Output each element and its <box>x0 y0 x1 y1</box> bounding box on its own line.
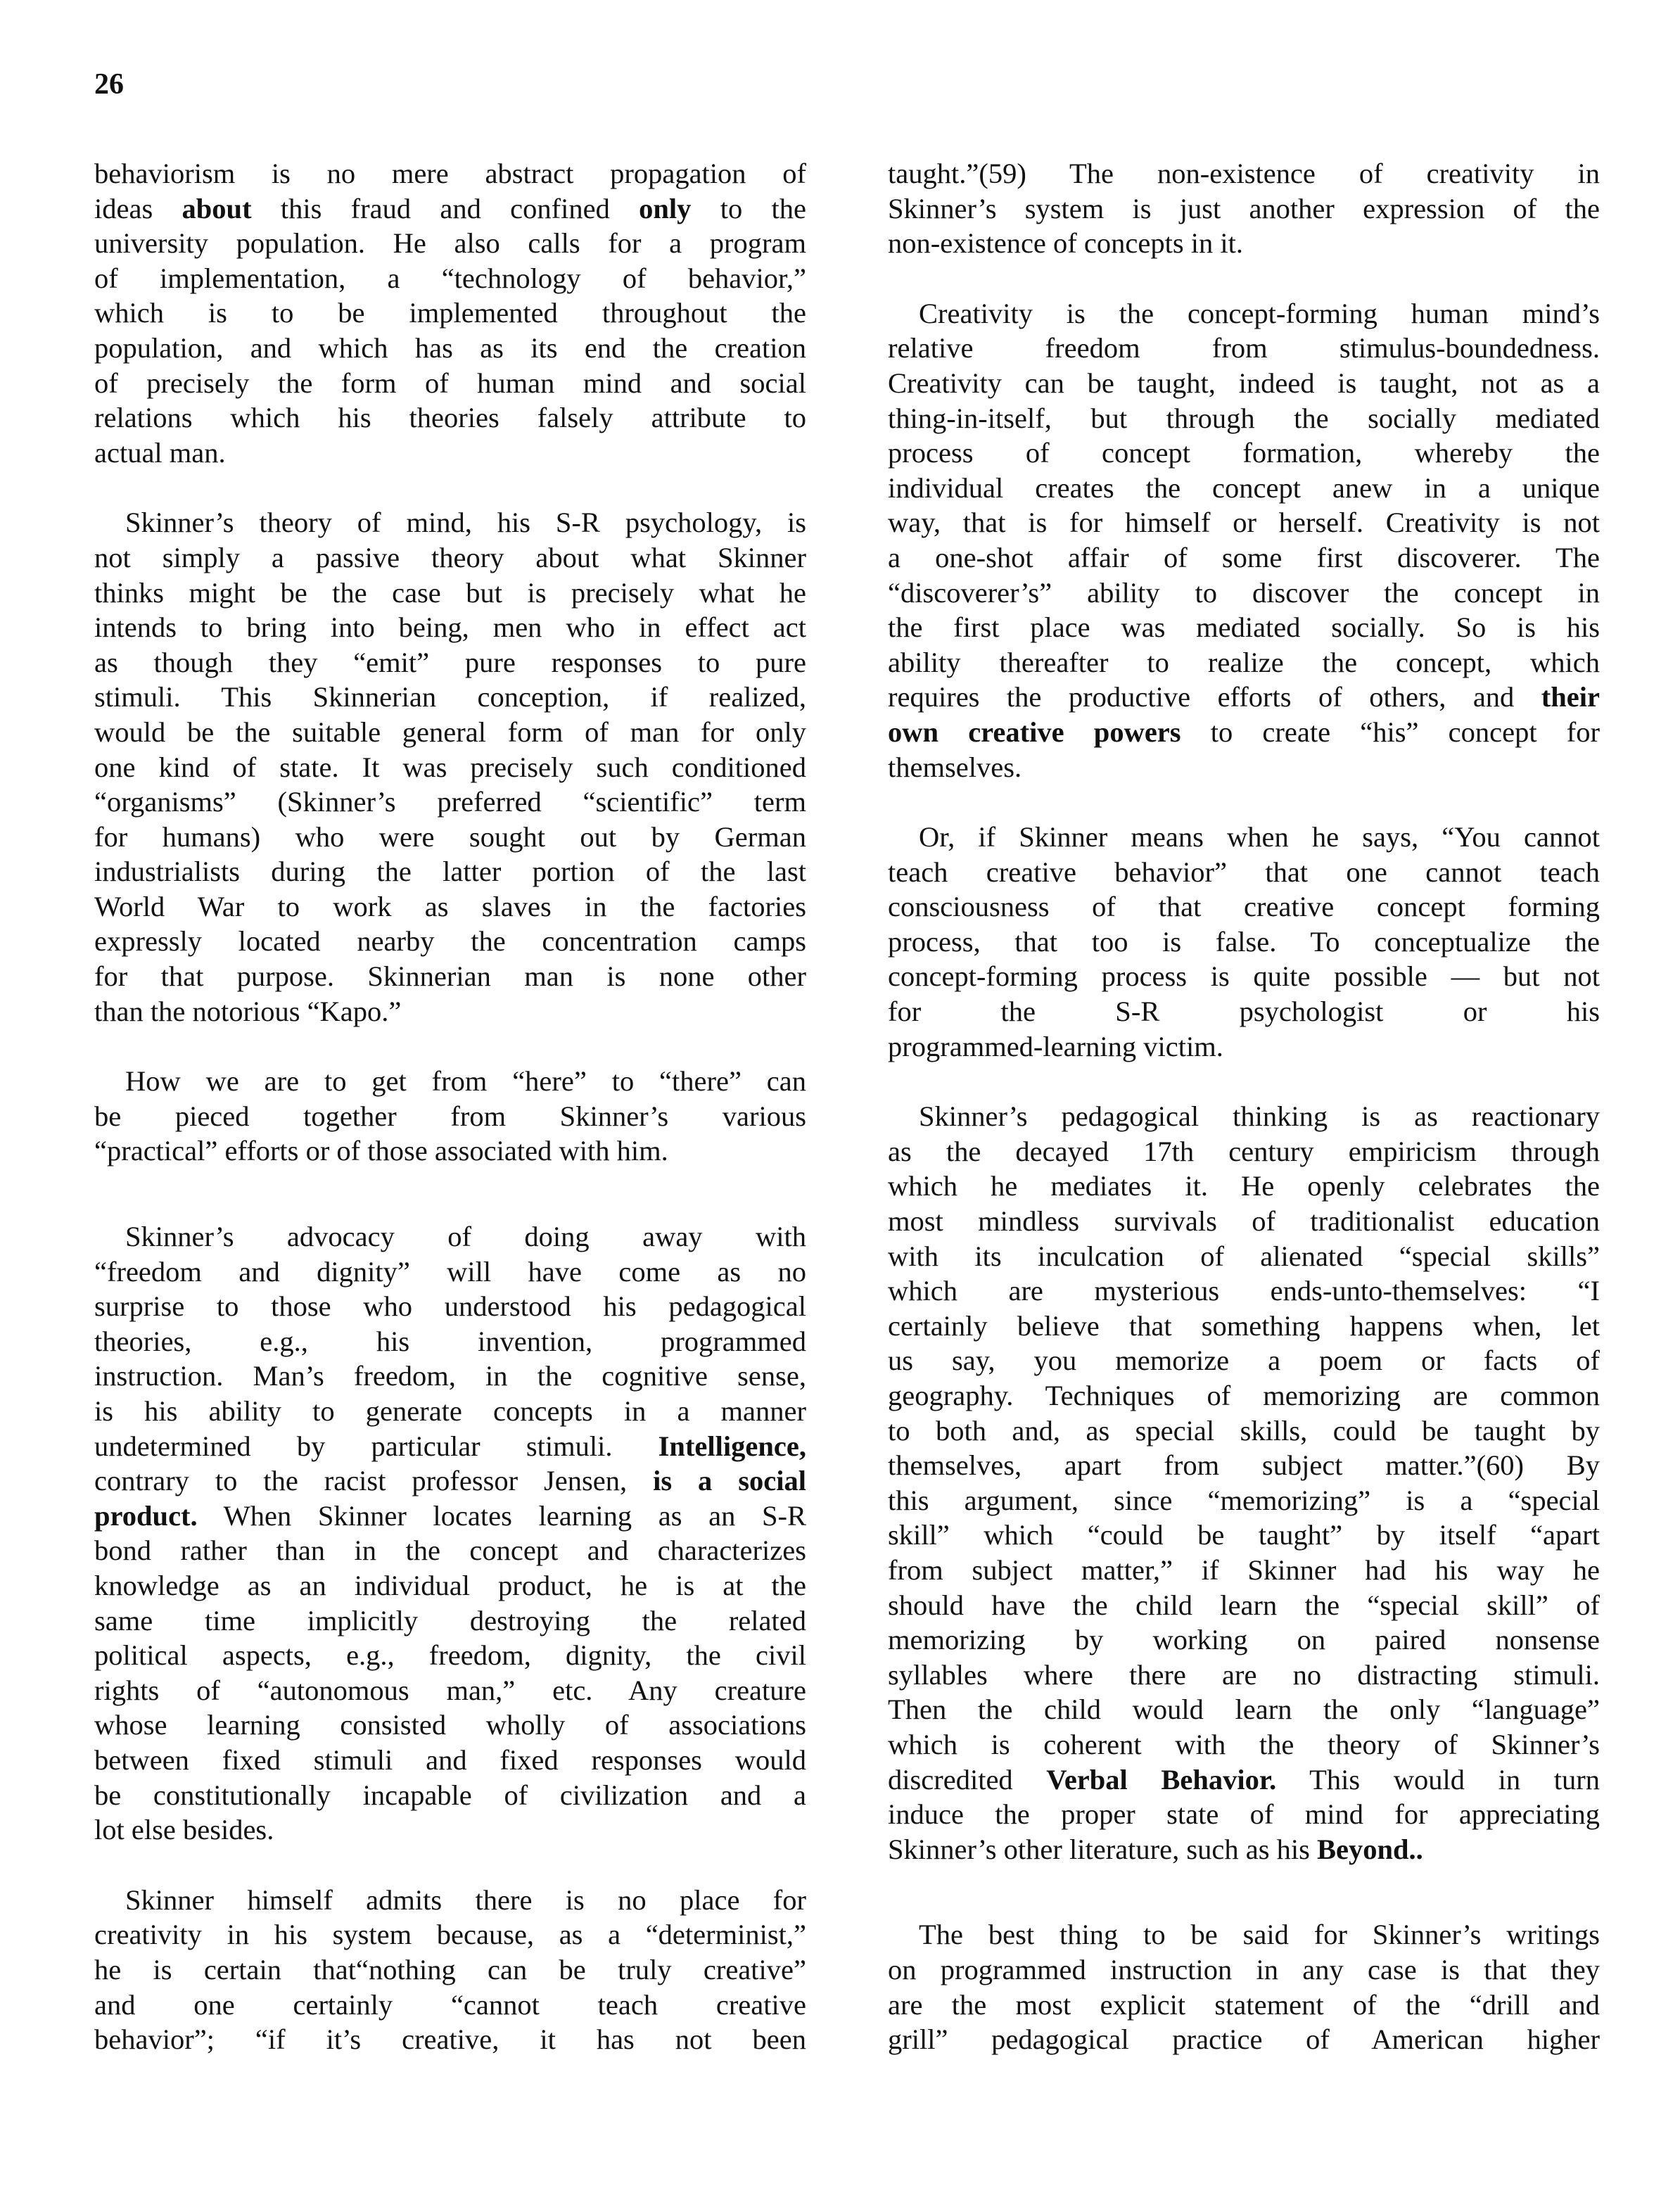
text-line: ideas about this fraud and confined only… <box>94 191 806 227</box>
text-line: industrialists during the latter portion… <box>94 854 806 889</box>
text-line: which is coherent with the theory of Ski… <box>888 1727 1600 1762</box>
text-line: contrary to the racist professor Jensen,… <box>94 1463 806 1499</box>
text-line: ability thereafter to realize the concep… <box>888 645 1600 680</box>
text-line: and one certainly “cannot teach creative <box>94 1988 806 2023</box>
paragraph-gap <box>94 470 806 505</box>
paragraph: Skinner himself admits there is no place… <box>94 1883 806 2057</box>
paragraph-gap <box>94 1029 806 1064</box>
bold-emphasis: their <box>1541 681 1600 713</box>
text-line: Or, if Skinner means when he says, “You … <box>888 820 1600 855</box>
text-line: The best thing to be said for Skinner’s … <box>888 1917 1600 1952</box>
text-line: a one-shot affair of some first discover… <box>888 540 1600 576</box>
text-line: not simply a passive theory about what S… <box>94 540 806 576</box>
paragraph-gap <box>94 1848 806 1883</box>
text-line: undetermined by particular stimuli. Inte… <box>94 1429 806 1464</box>
text-line: he is certain that“nothing can be truly … <box>94 1952 806 1988</box>
paragraph: How we are to get from “here” to “there”… <box>94 1064 806 1169</box>
text-line: bond rather than in the concept and char… <box>94 1533 806 1568</box>
text-line: themselves, apart from subject matter.”(… <box>888 1448 1600 1483</box>
text-line: theories, e.g., his invention, programme… <box>94 1324 806 1359</box>
text-line: creativity in his system because, as a “… <box>94 1917 806 1952</box>
text-line: is his ability to generate concepts in a… <box>94 1394 806 1429</box>
text-line: requires the productive efforts of other… <box>888 680 1600 715</box>
text-line: be constitutionally incapable of civiliz… <box>94 1778 806 1813</box>
text-line: with its inculcation of alienated “speci… <box>888 1239 1600 1274</box>
text-line: process, that too is false. To conceptua… <box>888 924 1600 960</box>
paragraph: The best thing to be said for Skinner’s … <box>888 1917 1600 2057</box>
text-line: programmed-learning victim. <box>888 1029 1600 1064</box>
text-line: skill” which “could be taught” by itself… <box>888 1518 1600 1553</box>
text-line: Creativity can be taught, indeed is taug… <box>888 366 1600 401</box>
text-line: geography. Techniques of memorizing are … <box>888 1378 1600 1413</box>
text-line: for humans) who were sought out by Germa… <box>94 820 806 855</box>
text-line: syllables where there are no distracting… <box>888 1658 1600 1693</box>
bold-emphasis: Beyond.. <box>1317 1833 1423 1865</box>
bold-emphasis: Intelligence, <box>658 1430 806 1462</box>
text-line: instruction. Man’s freedom, in the cogni… <box>94 1359 806 1394</box>
paragraph-gap <box>888 261 1600 296</box>
text-line: thinks might be the case but is precisel… <box>94 576 806 611</box>
text-line: World War to work as slaves in the facto… <box>94 889 806 924</box>
text-line: thing-in-itself, but through the sociall… <box>888 401 1600 436</box>
text-line: discredited Verbal Behavior. This would … <box>888 1762 1600 1798</box>
text-line: induce the proper state of mind for appr… <box>888 1797 1600 1832</box>
bold-emphasis: only <box>639 193 691 224</box>
text-line: from subject matter,” if Skinner had his… <box>888 1553 1600 1588</box>
text-line: expressly located nearby the concentrati… <box>94 924 806 959</box>
text-line: non-existence of concepts in it. <box>888 226 1600 261</box>
text-line: on programmed instruction in any case is… <box>888 1952 1600 1988</box>
text-line: whose learning consisted wholly of assoc… <box>94 1708 806 1743</box>
paragraph: Creativity is the concept-forming human … <box>888 296 1600 784</box>
text-line: Skinner’s other literature, such as his … <box>888 1832 1600 1867</box>
bold-emphasis: own creative powers <box>888 716 1181 748</box>
text-line: are the most explicit statement of the “… <box>888 1988 1600 2023</box>
text-line: for that purpose. Skinnerian man is none… <box>94 959 806 994</box>
text-line: relative freedom from stimulus-boundedne… <box>888 331 1600 366</box>
text-line: intends to bring into being, men who in … <box>94 610 806 645</box>
text-line: How we are to get from “here” to “there”… <box>94 1064 806 1099</box>
text-line: Skinner’s theory of mind, his S-R psycho… <box>94 505 806 540</box>
text-line: behavior”; “if it’s creative, it has not… <box>94 2022 806 2057</box>
text-line: this argument, since “memorizing” is a “… <box>888 1483 1600 1518</box>
text-line: be pieced together from Skinner’s variou… <box>94 1099 806 1134</box>
text-line: Skinner’s advocacy of doing away with <box>94 1219 806 1254</box>
text-line: between fixed stimuli and fixed response… <box>94 1743 806 1778</box>
text-line: of implementation, a “technology of beha… <box>94 261 806 296</box>
text-line: stimuli. This Skinnerian conception, if … <box>94 680 806 715</box>
text-line: which are mysterious ends-unto-themselve… <box>888 1273 1600 1309</box>
left-column: behaviorism is no mere abstract propagat… <box>94 156 806 2057</box>
text-line: taught.”(59) The non-existence of creati… <box>888 156 1600 191</box>
text-line: Then the child would learn the only “lan… <box>888 1692 1600 1727</box>
text-line: rights of “autonomous man,” etc. Any cre… <box>94 1673 806 1708</box>
text-line: memorizing by working on paired nonsense <box>888 1622 1600 1658</box>
text-line: individual creates the concept anew in a… <box>888 471 1600 506</box>
bold-emphasis: is a social <box>653 1465 806 1496</box>
text-line: as though they “emit” pure responses to … <box>94 645 806 680</box>
paragraph: behaviorism is no mere abstract propagat… <box>94 156 806 470</box>
text-line: the first place was mediated socially. S… <box>888 610 1600 645</box>
text-line: one kind of state. It was precisely such… <box>94 750 806 785</box>
paragraph-gap <box>888 784 1600 820</box>
text-line: relations which his theories falsely att… <box>94 400 806 436</box>
text-line: own creative powers to create “his” conc… <box>888 715 1600 750</box>
text-line: same time implicitly destroying the rela… <box>94 1603 806 1639</box>
text-line: lot else besides. <box>94 1812 806 1848</box>
text-line: certainly believe that something happens… <box>888 1309 1600 1344</box>
paragraph-gap <box>888 1867 1600 1917</box>
text-line: of precisely the form of human mind and … <box>94 366 806 401</box>
text-line: most mindless survivals of traditionalis… <box>888 1204 1600 1239</box>
text-line: university population. He also calls for… <box>94 226 806 261</box>
text-line: which he mediates it. He openly celebrat… <box>888 1169 1600 1204</box>
text-line: Skinner’s system is just another express… <box>888 191 1600 227</box>
paragraph: Skinner’s advocacy of doing away with“fr… <box>94 1219 806 1848</box>
paragraph: Or, if Skinner means when he says, “You … <box>888 820 1600 1064</box>
paragraph-gap <box>888 1064 1600 1099</box>
text-line: “discoverer’s” ability to discover the c… <box>888 576 1600 611</box>
paragraph: Skinner’s pedagogical thinking is as rea… <box>888 1099 1600 1867</box>
bold-emphasis: product. <box>94 1500 198 1532</box>
text-line: knowledge as an individual product, he i… <box>94 1568 806 1603</box>
text-line: than the notorious “Kapo.” <box>94 994 806 1029</box>
text-line: population, and which has as its end the… <box>94 331 806 366</box>
text-line: as the decayed 17th century empiricism t… <box>888 1134 1600 1169</box>
text-line: Skinner’s pedagogical thinking is as rea… <box>888 1099 1600 1134</box>
text-line: Skinner himself admits there is no place… <box>94 1883 806 1918</box>
text-line: process of concept formation, whereby th… <box>888 436 1600 471</box>
text-line: themselves. <box>888 750 1600 785</box>
paragraph: taught.”(59) The non-existence of creati… <box>888 156 1600 261</box>
text-line: concept-forming process is quite possibl… <box>888 959 1600 994</box>
text-line: Creativity is the concept-forming human … <box>888 296 1600 331</box>
text-line: way, that is for himself or herself. Cre… <box>888 505 1600 540</box>
text-line: product. When Skinner locates learning a… <box>94 1499 806 1534</box>
paragraph: Skinner’s theory of mind, his S-R psycho… <box>94 505 806 1029</box>
bold-emphasis: Verbal Behavior. <box>1046 1764 1276 1795</box>
text-line: surprise to those who understood his ped… <box>94 1289 806 1324</box>
bold-emphasis: about <box>182 193 252 224</box>
paragraph-gap <box>94 1169 806 1219</box>
text-line: “freedom and dignity” will have come as … <box>94 1254 806 1290</box>
text-line: us say, you memorize a poem or facts of <box>888 1343 1600 1378</box>
text-line: teach creative behavior” that one cannot… <box>888 855 1600 890</box>
text-line: for the S-R psychologist or his <box>888 994 1600 1029</box>
text-line: should have the child learn the “special… <box>888 1588 1600 1623</box>
text-line: actual man. <box>94 436 806 471</box>
text-line: grill” pedagogical practice of American … <box>888 2022 1600 2057</box>
text-line: behaviorism is no mere abstract propagat… <box>94 156 806 191</box>
text-line: “organisms” (Skinner’s preferred “scient… <box>94 784 806 820</box>
text-line: to both and, as special skills, could be… <box>888 1413 1600 1449</box>
text-line: which is to be implemented throughout th… <box>94 295 806 331</box>
text-line: would be the suitable general form of ma… <box>94 715 806 750</box>
text-line: “practical” efforts or of those associat… <box>94 1133 806 1169</box>
text-line: consciousness of that creative concept f… <box>888 889 1600 924</box>
right-column: taught.”(59) The non-existence of creati… <box>888 156 1600 2057</box>
text-line: political aspects, e.g., freedom, dignit… <box>94 1638 806 1673</box>
page-number: 26 <box>94 68 124 101</box>
